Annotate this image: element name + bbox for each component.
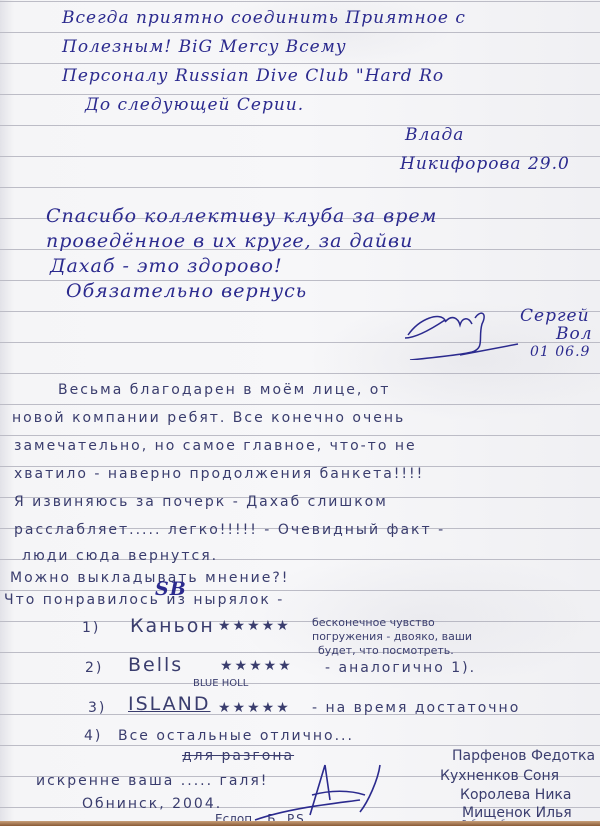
dive-site-name: Все остальные отлично...: [118, 728, 354, 744]
entry3-line-2: новой компании ребят. Все конечно очень: [12, 410, 405, 426]
dive-site-name: Bells: [128, 654, 183, 676]
dive-site-name: Каньон: [130, 615, 215, 637]
closing-line-2: Обнинск, 2004.: [82, 796, 222, 812]
comment-line-3: будет, что посмотреть.: [318, 644, 454, 657]
entry3-signature-scribble: [250, 760, 420, 826]
page-bottom-edge: [0, 821, 600, 826]
entry1-signature-name: Влада: [405, 125, 464, 145]
entry2-line-2: проведённое в их круге, за дайви: [46, 230, 413, 252]
comment-line-1: бесконечное чувство: [312, 616, 435, 629]
entry3-line-5: Я извиняюсь за почерк - Дахаб слишком: [14, 494, 388, 510]
entry4-name-3: Королева Ника: [460, 787, 571, 803]
entry3-line-7: люди сюда вернутся.: [22, 548, 218, 564]
entry2-signature-scribble: [400, 300, 520, 360]
dive-site-subnote: BLUE HOLL: [193, 678, 248, 689]
entry2-signature-surname: Вол: [556, 324, 593, 344]
entry3-line-9: Что понравилось из нырялок -: [4, 592, 284, 608]
entry3-line-1: Весьма благодарен в моём лице, от: [58, 382, 390, 398]
comment-line-1: - на время достаточно: [312, 700, 520, 716]
star-rating: ★★★★★: [218, 618, 291, 634]
item-number: 3): [88, 700, 106, 716]
entry2-line-1: Спасибо коллективу клуба за врем: [46, 205, 437, 227]
item-number: 2): [85, 660, 103, 676]
entry3-margin-note: SB: [155, 578, 187, 600]
entry1-line-2: Полезным! BiG Mercy Всему: [62, 37, 347, 57]
entry1-line-3: Персоналу Russian Dive Club "Hard Ro: [62, 66, 444, 86]
item-number: 1): [82, 620, 100, 636]
entry2-line-3: Дахаб - это здорово!: [50, 255, 283, 277]
entry4-name-2: Кухненков Соня: [440, 768, 559, 784]
entry3-line-6: расслабляет..... легко!!!!! - Очевидный …: [14, 522, 445, 538]
closing-line-1: искренне ваша ..... галя!: [36, 773, 268, 789]
comment-line-1: - аналогично 1).: [325, 660, 476, 676]
entry1-signature-surname-date: Никифорова 29.0: [400, 154, 570, 174]
entry1-line-1: Всегда приятно соединить Приятное с: [62, 8, 466, 28]
entry2-signature-name: Сергей: [520, 306, 590, 326]
dive-site-name: ISLAND: [128, 693, 211, 715]
entry3-line-4: хватило - наверно продолжения банкета!!!…: [14, 466, 424, 482]
item-number: 4): [84, 728, 102, 744]
entry3-line-8: Можно выкладывать мнение?!: [10, 570, 289, 586]
star-rating: ★★★★★: [220, 658, 293, 674]
entry4-name-1: Парфенов Федотка: [452, 748, 595, 764]
entry1-line-4: До следующей Серии.: [85, 95, 304, 115]
star-rating: ★★★★★: [218, 700, 291, 716]
entry2-date: 01 06.9: [530, 344, 590, 360]
comment-line-2: погружения - двояко, ваши: [312, 630, 472, 643]
entry3-line-3: замечательно, но самое главное, что-то н…: [14, 438, 417, 454]
entry2-line-4: Обязательно вернусь: [66, 280, 307, 302]
